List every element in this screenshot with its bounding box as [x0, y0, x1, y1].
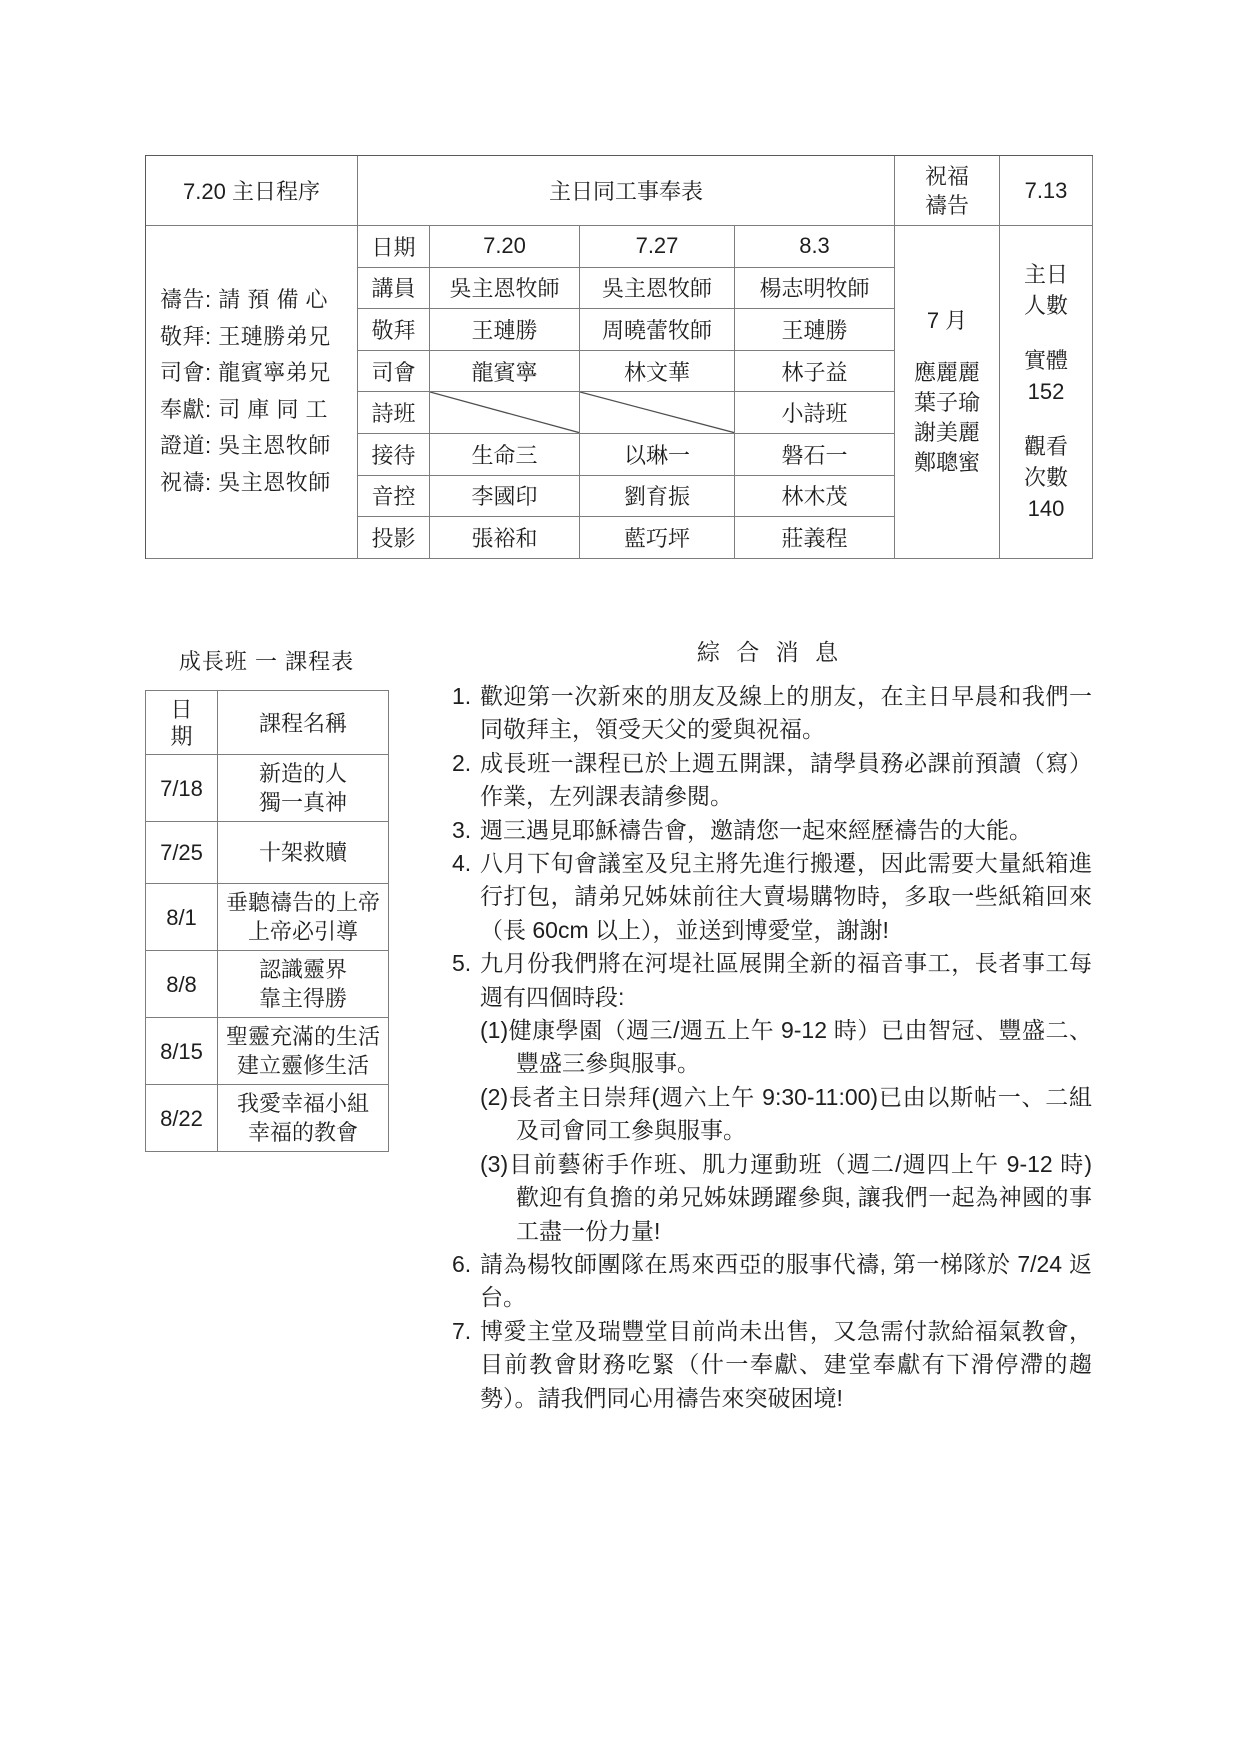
duty-row-label: 詩班 [358, 392, 430, 434]
class-row-course: 聖靈充滿的生活建立靈修生活 [218, 1018, 389, 1085]
duty-roster-header: 主日同工事奉表 [358, 156, 895, 226]
news-item-text: 歡迎第一次新來的朋友及線上的朋友，在主日早晨和我們一同敬拜主，領受天父的愛與祝福… [480, 680, 1092, 747]
class-row-course: 新造的人獨一真神 [218, 755, 389, 822]
duty-cell: 8.3 [735, 226, 895, 268]
class-row-course: 我愛幸福小組幸福的教會 [218, 1085, 389, 1152]
class-row-date: 8/15 [146, 1018, 218, 1085]
news-item-text: 請為楊牧師團隊在馬來西亞的服事代禱, 第一梯隊於 7/24 返台。 [480, 1248, 1092, 1315]
duty-cell: 李國印 [430, 476, 580, 518]
class-row-course: 十架救贖 [218, 822, 389, 884]
duty-cell: 7.27 [580, 226, 735, 268]
class-row-course: 垂聽禱告的上帝上帝必引導 [218, 884, 389, 951]
duty-cell: 吳主恩牧師 [430, 268, 580, 310]
news-item: 7.博愛主堂及瑞豐堂目前尚未出售，又急需付款給福氣教會，目前教會財務吃緊（什一奉… [452, 1315, 1092, 1415]
news-item-number: 7. [452, 1315, 480, 1415]
class-row: 8/22我愛幸福小組幸福的教會 [146, 1085, 389, 1152]
text-line: 鄭聰蜜 [914, 448, 980, 478]
news-item-text: 成長班一課程已於上週五開課，請學員務必課前預讀（寫）作業，左列課表請參閱。 [480, 747, 1092, 814]
duty-cell: 7.20 [430, 226, 580, 268]
text-line: 禱告: 請 預 備 心 [160, 282, 328, 319]
news-item: 1.歡迎第一次新來的朋友及線上的朋友，在主日早晨和我們一同敬拜主，領受天父的愛與… [452, 680, 1092, 747]
text-line: 謝美麗 [914, 418, 980, 448]
class-row-date: 8/1 [146, 884, 218, 951]
text-line: 140 [1028, 493, 1065, 524]
bulletin-page: 7.20 主日程序 主日同工事奉表 祝福禱告 7.13 禱告: 請 預 備 心敬… [0, 0, 1241, 1755]
class-row-date: 8/22 [146, 1085, 218, 1152]
class-table-title: 成長班 一 課程表 [145, 645, 388, 676]
text-line: 證道: 吳主恩牧師 [160, 428, 331, 465]
news-list: 1.歡迎第一次新來的朋友及線上的朋友，在主日早晨和我們一同敬拜主，領受天父的愛與… [452, 680, 1092, 1415]
blessing-prayer-header-text: 祝福禱告 [923, 162, 971, 220]
news-item-text: 八月下旬會議室及兒主將先進行搬遷，因此需要大量紙箱進行打包，請弟兄姊妹前往大賣場… [480, 847, 1092, 947]
text-line: 主日 [1024, 259, 1068, 290]
duty-cell: 生命三 [430, 434, 580, 476]
news-item-text: 博愛主堂及瑞豐堂目前尚未出售，又急需付款給福氣教會，目前教會財務吃緊（什一奉獻、… [480, 1315, 1092, 1415]
news-item: 4.八月下旬會議室及兒主將先進行搬遷，因此需要大量紙箱進行打包，請弟兄姊妹前往大… [452, 847, 1092, 947]
duty-cell: 張裕和 [430, 517, 580, 559]
service-program-cell: 禱告: 請 預 備 心敬拜: 王璉勝弟兄司會: 龍賓寧弟兄奉獻: 司 庫 同 工… [146, 226, 358, 559]
duty-cell: 藍巧坪 [580, 517, 735, 559]
class-row-date: 7/18 [146, 755, 218, 822]
text-line: 152 [1028, 376, 1065, 407]
class-row: 7/25十架救贖 [146, 822, 389, 884]
duty-cell: 楊志明牧師 [735, 268, 895, 310]
duty-row-label: 音控 [358, 476, 430, 518]
text-line: 葉子瑜 [914, 388, 980, 418]
news-item: 5.九月份我們將在河堤社區展開全新的福音事工，長者事工每週有四個時段:(1)健康… [452, 947, 1092, 1248]
news-item: 6.請為楊牧師團隊在馬來西亞的服事代禱, 第一梯隊於 7/24 返台。 [452, 1248, 1092, 1315]
news-item-number: 6. [452, 1248, 480, 1315]
news-item: 2.成長班一課程已於上週五開課，請學員務必課前預讀（寫）作業，左列課表請參閱。 [452, 747, 1092, 814]
news-item-number: 2. [452, 747, 480, 814]
text-line: 祝禱: 吳主恩牧師 [160, 465, 331, 502]
duty-row-label: 投影 [358, 517, 430, 559]
attendance-cell: 主日人數實體152觀看次數140 [1000, 226, 1093, 559]
diagonal-strike-cell [430, 392, 580, 434]
class-date-header: 日期 [146, 691, 218, 755]
duty-row-label: 日期 [358, 226, 430, 268]
news-item-text: 週三遇見耶穌禱告會，邀請您一起來經歷禱告的大能。 [480, 814, 1092, 847]
class-table-body: 日期 課程名稱 7/18新造的人獨一真神7/25十架救贖8/1垂聽禱告的上帝上帝… [146, 691, 389, 1152]
text-line: 次數 [1024, 462, 1068, 493]
class-row-date: 7/25 [146, 822, 218, 884]
class-row: 8/15聖靈充滿的生活建立靈修生活 [146, 1018, 389, 1085]
duty-row-label: 司會 [358, 351, 430, 393]
blessing-prayer-header: 祝福禱告 [895, 156, 1000, 226]
diagonal-line [430, 392, 579, 433]
news-title: 綜 合 消 息 [452, 634, 1088, 667]
news-sub-item: (3)目前藝術手作班、肌力運動班（週二/週四上午 9-12 時) 歡迎有負擔的弟… [480, 1148, 1092, 1248]
duty-cell: 磐石一 [735, 434, 895, 476]
news-item-number: 4. [452, 847, 480, 947]
text-line: 人數 [1024, 290, 1068, 321]
service-table: 7.20 主日程序 主日同工事奉表 祝福禱告 7.13 禱告: 請 預 備 心敬… [145, 155, 1093, 559]
duty-cell: 莊義程 [735, 517, 895, 559]
class-row: 8/8認識靈界靠主得勝 [146, 951, 389, 1018]
class-course-header: 課程名稱 [218, 691, 389, 755]
diagonal-line [580, 392, 734, 433]
text-line: 實體 [1024, 345, 1068, 376]
news-sub-item: (2)長者主日崇拜(週六上午 9:30-11:00)已由以斯帖一、二組及司會同工… [480, 1081, 1092, 1148]
text-line: 7 月 [927, 306, 967, 336]
text-line: 敬拜: 王璉勝弟兄 [160, 319, 331, 356]
duty-cell: 龍賓寧 [430, 351, 580, 393]
duty-cell: 王璉勝 [735, 309, 895, 351]
text-line: 奉獻: 司 庫 同 工 [160, 392, 328, 429]
text-line: 觀看 [1024, 431, 1068, 462]
class-table-header-row: 日期 課程名稱 [146, 691, 389, 755]
text-line: 司會: 龍賓寧弟兄 [160, 355, 331, 392]
news-item: 3.週三遇見耶穌禱告會，邀請您一起來經歷禱告的大能。 [452, 814, 1092, 847]
diagonal-strike-cell [580, 392, 735, 434]
duty-row-label: 敬拜 [358, 309, 430, 351]
news-item-text: 九月份我們將在河堤社區展開全新的福音事工，長者事工每週有四個時段:(1)健康學園… [480, 947, 1092, 1248]
news-sub-item: (1)健康學園（週三/週五上午 9-12 時）已由智冠、豐盛二、豐盛三參與服事。 [480, 1014, 1092, 1081]
news-item-number: 1. [452, 680, 480, 747]
program-header: 7.20 主日程序 [146, 156, 358, 226]
duty-cell: 劉育振 [580, 476, 735, 518]
duty-cell: 以琳一 [580, 434, 735, 476]
duty-cell: 王璉勝 [430, 309, 580, 351]
blessing-prayer-cell: 7 月應麗麗葉子瑜謝美麗鄭聰蜜 [895, 226, 1000, 559]
duty-cell: 林木茂 [735, 476, 895, 518]
class-row: 8/1垂聽禱告的上帝上帝必引導 [146, 884, 389, 951]
news-item-number: 3. [452, 814, 480, 847]
class-date-header-text: 日期 [168, 696, 194, 750]
duty-cell: 林文華 [580, 351, 735, 393]
class-row-course: 認識靈界靠主得勝 [218, 951, 389, 1018]
duty-row-label: 接待 [358, 434, 430, 476]
duty-cell: 周曉蕾牧師 [580, 309, 735, 351]
text-line: 應麗麗 [914, 358, 980, 388]
duty-cell: 林子益 [735, 351, 895, 393]
class-table: 日期 課程名稱 7/18新造的人獨一真神7/25十架救贖8/1垂聽禱告的上帝上帝… [145, 690, 389, 1152]
duty-cell: 吳主恩牧師 [580, 268, 735, 310]
news-item-number: 5. [452, 947, 480, 1248]
duty-cell: 小詩班 [735, 392, 895, 434]
duty-row-label: 講員 [358, 268, 430, 310]
prev-week-date-header: 7.13 [1000, 156, 1093, 226]
class-row: 7/18新造的人獨一真神 [146, 755, 389, 822]
class-row-date: 8/8 [146, 951, 218, 1018]
